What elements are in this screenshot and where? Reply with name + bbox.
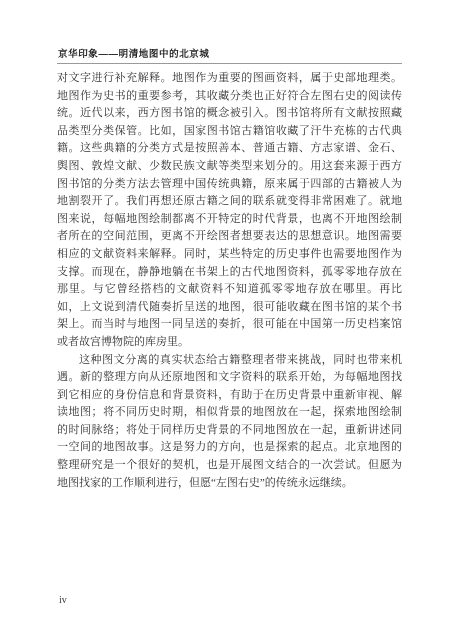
text-line: 地割裂开了。我们再想还原古籍之间的联系就变得非常困难了。就地 <box>57 193 402 211</box>
text-line: 籍。这些典籍的分类方式是按照善本、普通古籍、方志家谱、金石、 <box>57 140 402 158</box>
text-line: 这种图文分离的真实状态给古籍整理者带来挑战，同时也带来机 <box>57 352 402 370</box>
text-line: 支撑。而现在，静静地躺在书架上的古代地图资料，孤零零地存放在 <box>57 264 402 282</box>
text-line: 那里。与它曾经搭档的文献资料不知道孤零零地存放在哪里。再比 <box>57 281 402 299</box>
paragraph: 这种图文分离的真实状态给古籍整理者带来挑战，同时也带来机遇。新的整理方向从还原地… <box>57 352 402 493</box>
text-line: 一空间的地图故事。这是努力的方向，也是探索的起点。北京地图的 <box>57 439 402 457</box>
text-line: 或者故宫博物院的库房里。 <box>57 334 402 352</box>
running-header: 京华印象——明清地图中的北京城 <box>58 46 403 60</box>
text-line: 整理研究是一个很好的契机，也是开展图文结合的一次尝试。但愿为 <box>57 457 402 475</box>
header-rule <box>57 63 402 64</box>
text-line: 统。近代以来，西方图书馆的概念被引入。图书馆将所有文献按照藏 <box>57 105 402 123</box>
body-text: 对文字进行补充解释。地图作为重要的图画资料，属于史部地理类。地图作为史书的重要参… <box>57 70 402 492</box>
text-line: 到它相应的身份信息和背景资料，有助于在历史背景中重新审视、解 <box>57 387 402 405</box>
page-number: iv <box>59 595 67 606</box>
paragraph: 对文字进行补充解释。地图作为重要的图画资料，属于史部地理类。地图作为史书的重要参… <box>57 70 402 352</box>
text-line: 遇。新的整理方向从还原地图和文字资料的联系开始，为每幅地图找 <box>57 369 402 387</box>
book-page: 京华印象——明清地图中的北京城 对文字进行补充解释。地图作为重要的图画资料，属于… <box>0 0 457 640</box>
text-line: 品类型分类保管。比如，国家图书馆古籍馆收藏了汗牛充栋的古代典 <box>57 123 402 141</box>
text-line: 读地图；将不同历史时期，相似背景的地图放在一起，探索地图绘制 <box>57 404 402 422</box>
text-line: 如，上文说到清代随奏折呈送的地图，很可能收藏在图书馆的某个书 <box>57 299 402 317</box>
text-line: 地图作为史书的重要参考，其收藏分类也正好符合左图右史的阅读传 <box>57 88 402 106</box>
text-line: 架上。而当时与地图一同呈送的奏折，很可能在中国第一历史档案馆 <box>57 316 402 334</box>
text-line: 者所在的空间范围，更离不开绘图者想要表达的思想意识。地图需要 <box>57 228 402 246</box>
text-line: 对文字进行补充解释。地图作为重要的图画资料，属于史部地理类。 <box>57 70 402 88</box>
text-line: 图书馆的分类方法去管理中国传统典籍，原来属于四部的古籍被人为 <box>57 176 402 194</box>
text-line: 舆图、敦煌文献、少数民族文献等类型来划分的。用这套来源于西方 <box>57 158 402 176</box>
text-line: 相应的文献资料来解释。同时，某些特定的历史事件也需要地图作为 <box>57 246 402 264</box>
text-line: 地图找家的工作顺利进行，但愿“左图右史”的传统永远继续。 <box>57 475 402 493</box>
text-line: 的时间脉络；将处于同样历史背景的不同地图放在一起，重新讲述同 <box>57 422 402 440</box>
text-line: 图来说，每幅地图绘制都离不开特定的时代背景，也离不开地图绘制 <box>57 211 402 229</box>
